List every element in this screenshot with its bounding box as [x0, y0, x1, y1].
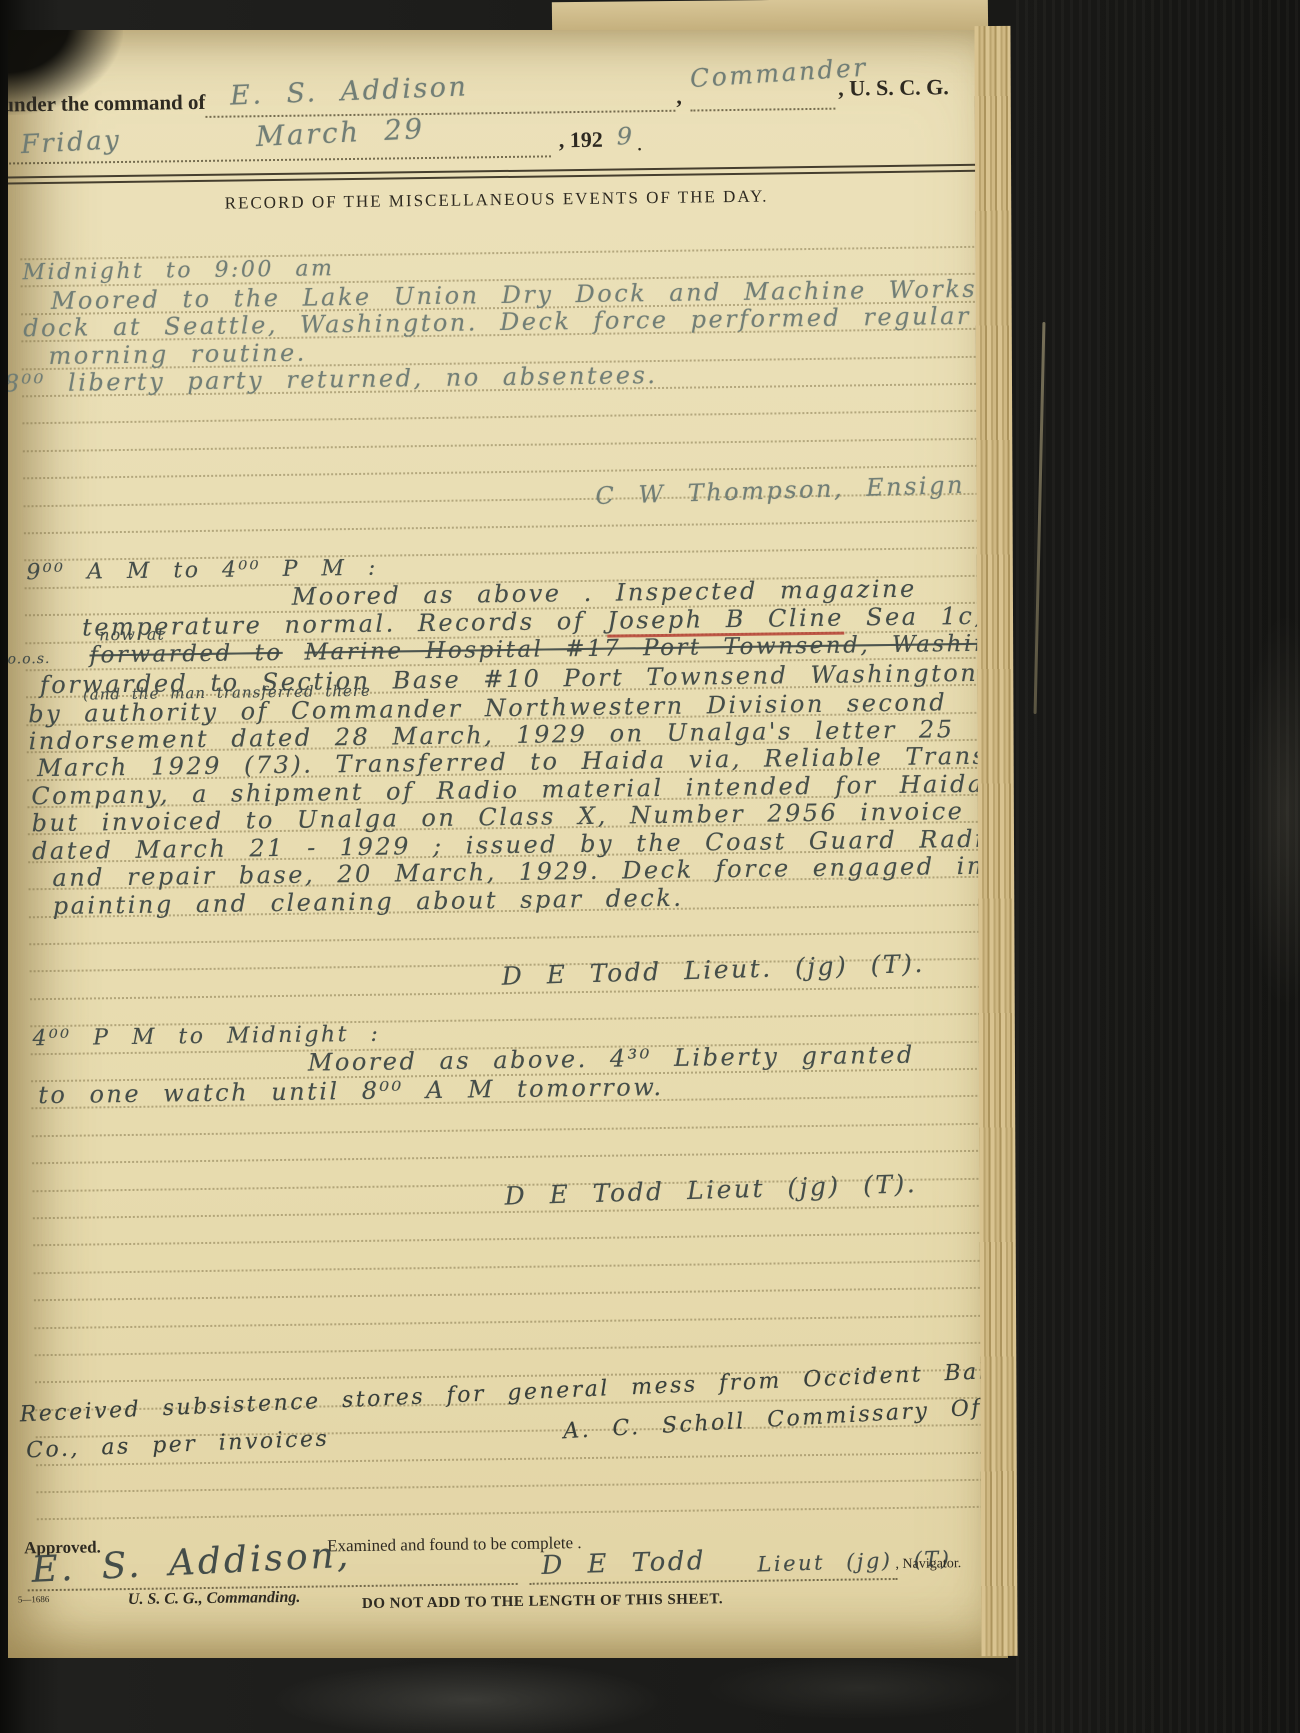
sheet-warning-label: DO NOT ADD TO THE LENGTH OF THIS SHEET.	[362, 1591, 723, 1613]
page-stack-edge	[974, 26, 1017, 1656]
paper-sheet: under the command of E. S. Addison , Com…	[8, 30, 1008, 1658]
command-blank-line	[205, 110, 675, 118]
struck-forwarded-to: forwarded to	[89, 640, 283, 669]
logbook-scan: under the command of E. S. Addison , Com…	[0, 0, 1300, 1733]
watch2-heading: 9⁰⁰ A M to 4⁰⁰ P M :	[26, 556, 378, 586]
uscg-label: , U. S. C. G.	[838, 74, 949, 101]
commander-name-script: E. S. Addison	[230, 71, 469, 111]
date-script: March 29	[255, 112, 425, 153]
background-texture	[1016, 0, 1300, 1733]
navigator-label: , Navigator.	[895, 1556, 961, 1573]
year-label: , 192	[559, 127, 603, 154]
page-content: under the command of E. S. Addison , Com…	[8, 30, 1008, 1658]
commissary-line-2: Co., as per invoices	[26, 1426, 330, 1463]
navigator-signature-script: D E Todd	[541, 1546, 706, 1581]
watch2-line-2-end: Sea 1c,	[844, 602, 985, 632]
command-comma: ,	[676, 84, 682, 110]
commander-blank-line	[690, 108, 835, 112]
page-title: RECORD OF THE MISCELLANEOUS EVENTS OF TH…	[16, 184, 976, 217]
weekday-script: Friday	[20, 125, 122, 160]
watch2-signature: D E Todd Lieut. (jg) (T).	[501, 949, 925, 991]
watch1-heading: Midnight to 9:00 am	[22, 256, 334, 285]
oos-margin-note: o.o.s.	[8, 651, 51, 668]
year-period: .	[637, 130, 643, 156]
command-line-label: under the command of	[8, 90, 206, 118]
form-number: 5—1686	[18, 1594, 50, 1604]
watch1-signature: C W Thompson, Ensign	[595, 471, 965, 510]
watch3-signature: D E Todd Lieut (jg) (T).	[504, 1169, 917, 1211]
year-digit-script: 9	[617, 122, 635, 150]
commanding-role-label: U. S. C. G., Commanding.	[128, 1589, 301, 1609]
watch3-heading: 4⁰⁰ P M to Midnight :	[32, 1022, 380, 1052]
